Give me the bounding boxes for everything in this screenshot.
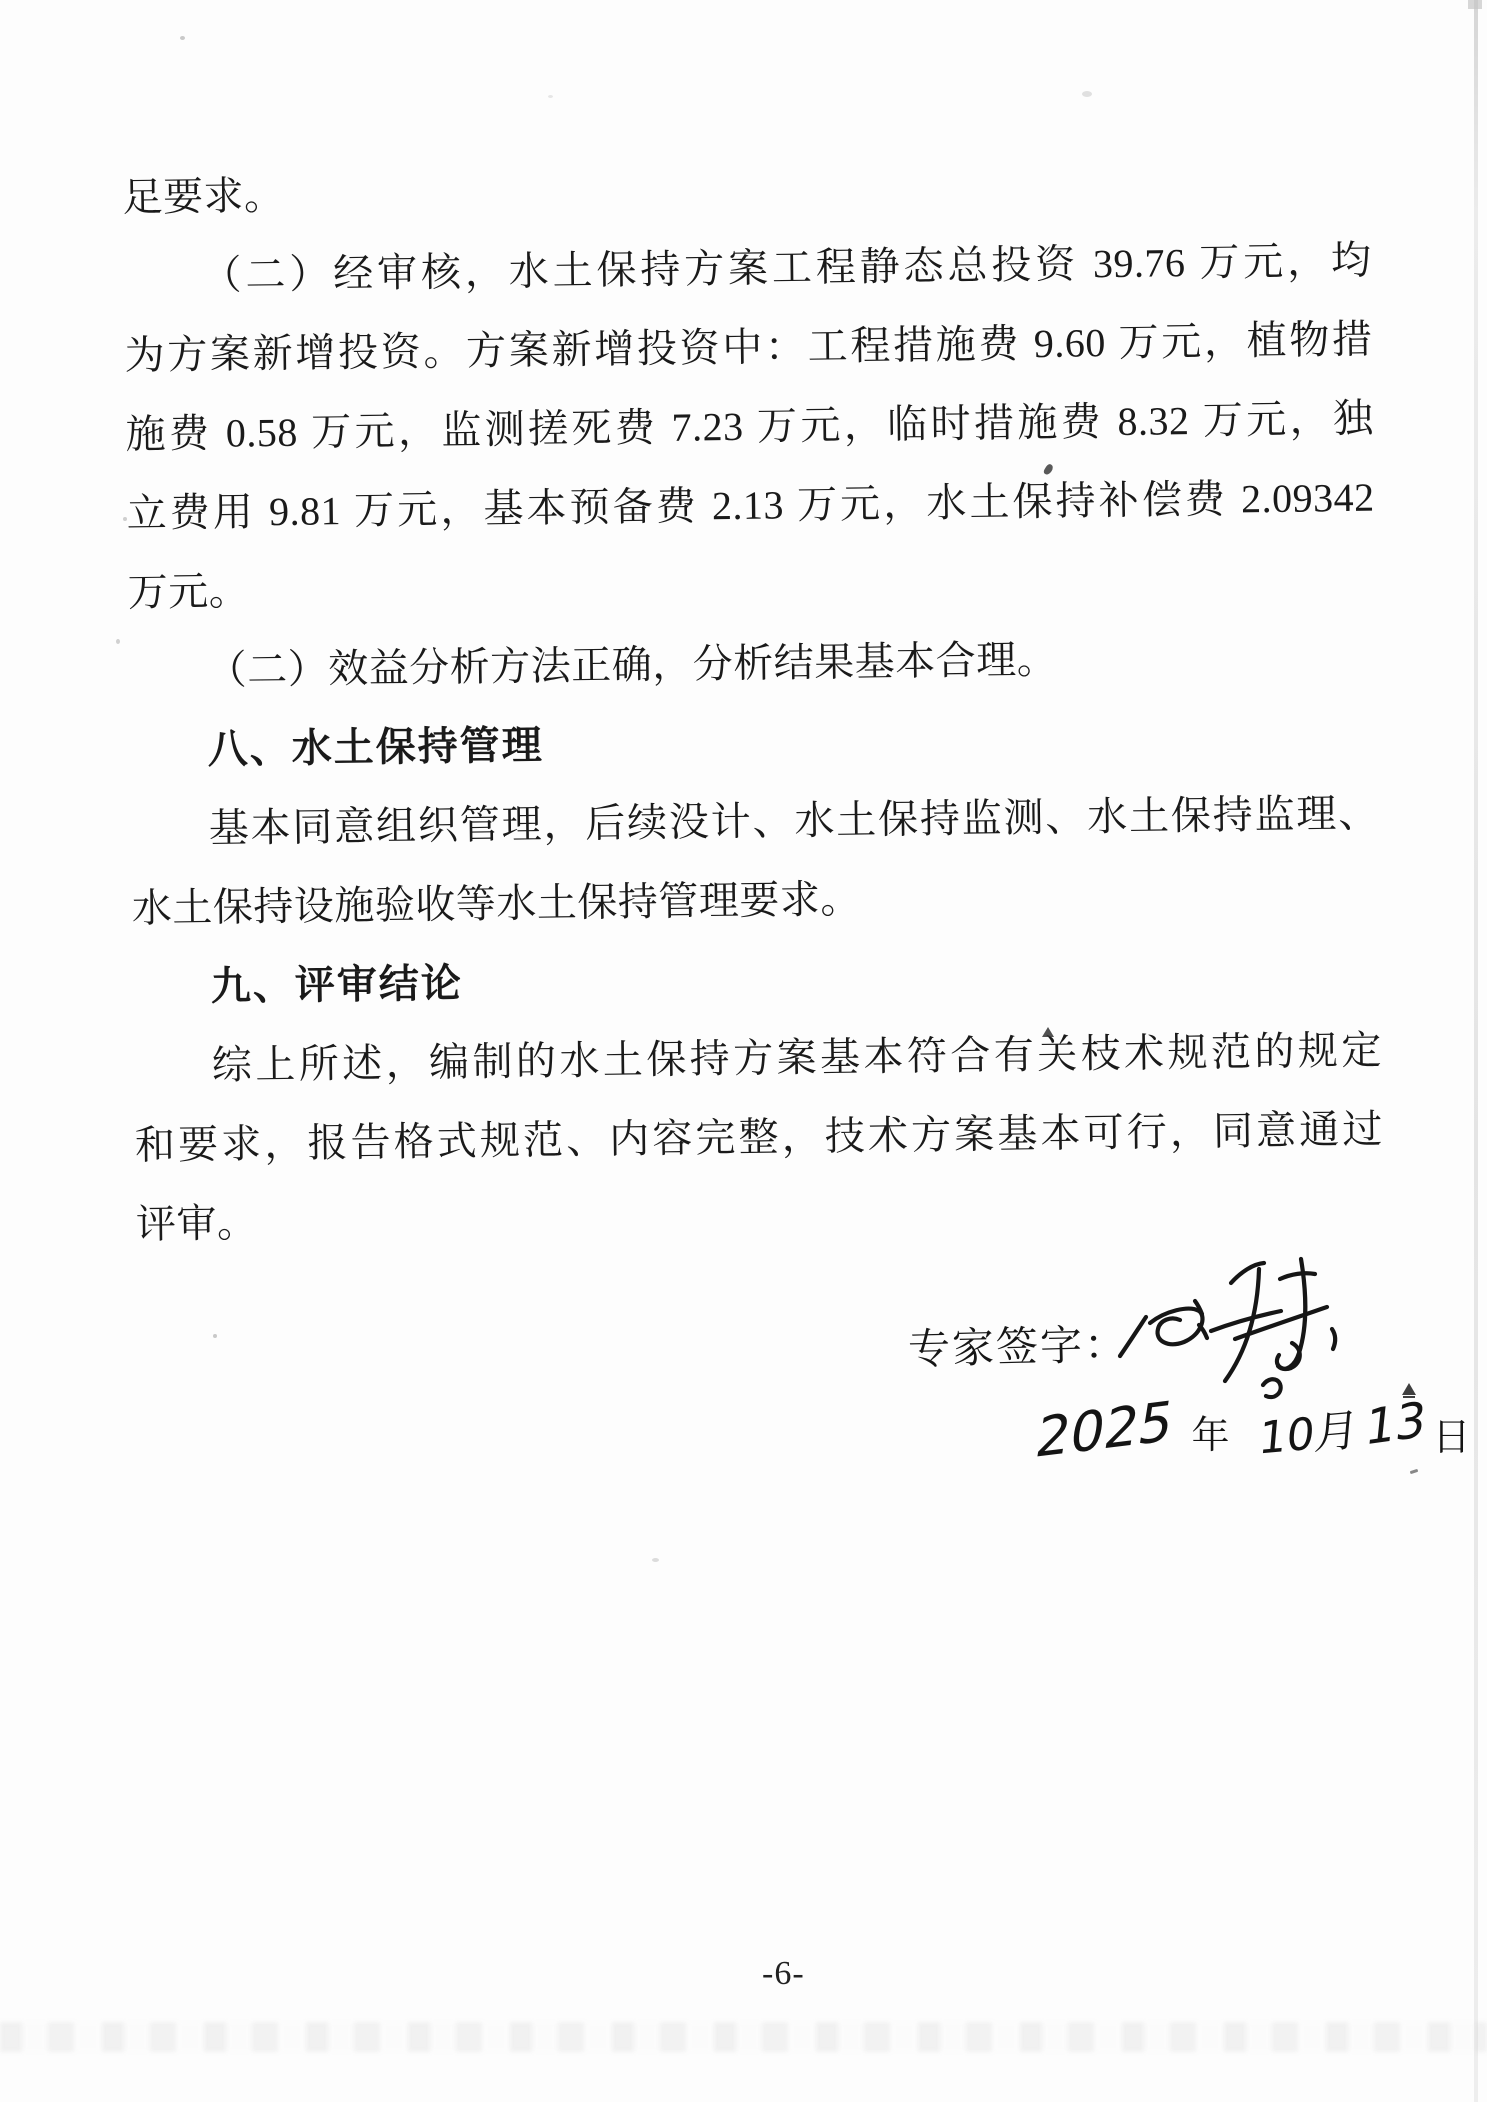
- expert-signature-label: 专家签字：: [907, 1311, 1128, 1376]
- handwritten-month: 10月: [1257, 1393, 1362, 1466]
- scan-speck: [180, 36, 185, 40]
- expert-signature-handwriting-icon: [1105, 1243, 1355, 1408]
- body-line: 和要求，报告格式规范、内容完整，技术方案基本可行，同意通过: [134, 1090, 1383, 1185]
- scan-edge-line: [1474, 0, 1478, 2102]
- body-line: 基本同意组织管理，后续没计、水土保持监测、水土保持监理、: [130, 774, 1379, 869]
- scanned-document-page: 足要求。 （二）经审核，水土保持方案工程静态总投资 39.76 万元，均 为方案…: [0, 0, 1487, 2102]
- scan-speck: [1082, 91, 1092, 97]
- scan-mark-glyph: [1402, 1383, 1416, 1395]
- scan-speck: [213, 1334, 217, 1338]
- scan-noise-band: [0, 2022, 1487, 2052]
- page-number: -6-: [762, 1955, 805, 1993]
- paragraph-investment-review: （二）经审核，水土保持方案工程静态总投资 39.76 万元，均 为方案新增投资。…: [123, 221, 1376, 632]
- day-unit-label: 日: [1433, 1406, 1471, 1461]
- scan-mark-caret: [1042, 1027, 1054, 1037]
- handwritten-year: 2025: [1031, 1389, 1178, 1470]
- scan-speck: [652, 1558, 659, 1562]
- scan-mark-tick: [1410, 1469, 1419, 1474]
- paragraph-conclusion: 综上所述，编制的水土保持方案基本符合有关枝术规范的规定 和要求，报告格式规范、内…: [133, 1011, 1384, 1264]
- year-unit-label: 年: [1191, 1404, 1229, 1459]
- scan-corner-smudge: [1468, 0, 1482, 9]
- scan-speck: [548, 95, 553, 98]
- paragraph-management: 基本同意组织管理，后续没计、水土保持监测、水土保持监理、 水土保持设施验收等水土…: [130, 774, 1380, 948]
- handwritten-day: 13: [1363, 1391, 1430, 1457]
- document-body: 足要求。 （二）经审核，水土保持方案工程静态总投资 39.76 万元，均 为方案…: [122, 142, 1384, 1264]
- body-line: 立费用 9.81 万元，基本预备费 2.13 万元，水土保持补偿费 2.0934…: [126, 458, 1375, 553]
- signature-date: 2025 年 10月 13 日: [1036, 1390, 1471, 1462]
- scan-speck: [116, 639, 120, 644]
- scan-speck: [123, 517, 127, 521]
